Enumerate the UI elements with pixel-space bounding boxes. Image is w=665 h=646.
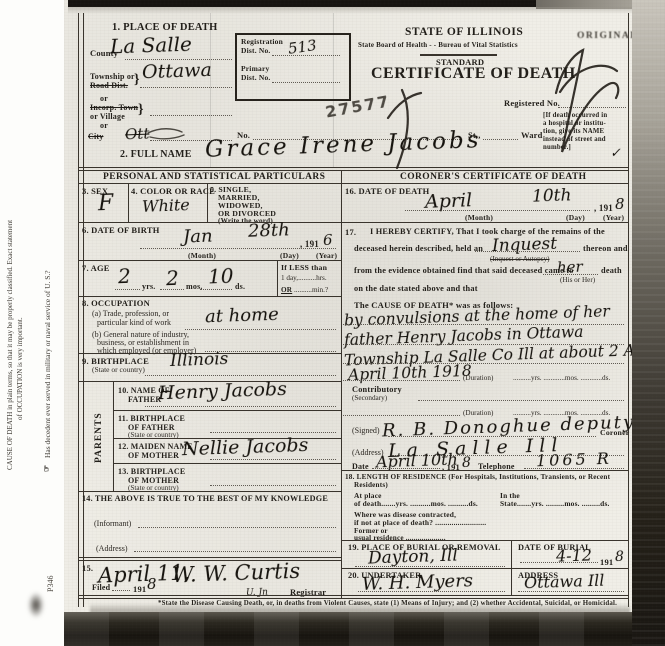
- dotted-line: [520, 562, 598, 563]
- informant-label: (Informant): [94, 519, 131, 528]
- mother-birthplace-label: 13. BIRTHPLACE: [118, 467, 185, 476]
- brace-glyph: }: [138, 102, 144, 118]
- check-mark: ✓: [610, 146, 621, 161]
- father-birthplace-label: 11. BIRTHPLACE: [118, 414, 185, 423]
- dotted-line: [372, 468, 440, 469]
- certify-line-1: I HEREBY CERTIFY, That I took charge of …: [370, 227, 605, 236]
- dotted-line: [475, 251, 580, 252]
- form-left-border-outer: [78, 13, 79, 607]
- age-months-value: 2: [166, 266, 180, 290]
- month-sublabel: (Month): [465, 213, 493, 222]
- dotted-line: [185, 329, 336, 330]
- contributory-label: Contributory: [352, 385, 402, 394]
- hospital-note-line: [If death occurred in: [543, 112, 607, 119]
- hospital-note-line: a hospital or institu-: [543, 120, 606, 127]
- occupation-label: 8. OCCUPATION: [82, 298, 150, 308]
- father-name-value: Henry Jacobs: [158, 378, 288, 404]
- form-line: [78, 222, 628, 223]
- dotted-line: [343, 415, 460, 416]
- form-line: [78, 595, 628, 596]
- cell-divider: [128, 183, 129, 222]
- registration-label: Registration: [241, 37, 283, 46]
- year-sublabel: (Year): [316, 251, 337, 260]
- birthplace-value: Illinois: [170, 349, 229, 371]
- dotted-line: [145, 406, 336, 407]
- death-day-value: 10th: [532, 185, 572, 206]
- primary-label: Primary: [241, 64, 269, 73]
- incorp-town-label: Incorp. Town: [90, 103, 138, 112]
- at-place-units: of death.......yrs. ..........mos. .....…: [354, 499, 478, 508]
- age-days-value: 10: [208, 264, 234, 289]
- dotted-line: [405, 210, 590, 211]
- duration-label: (Duration): [463, 374, 493, 382]
- signed-date-year-digit: 8: [462, 455, 471, 471]
- cell-divider: [113, 381, 114, 491]
- right-section-title: CORONER'S CERTIFICATE OF DEATH: [400, 172, 586, 182]
- registration-dist-no-label: Dist. No.: [241, 46, 271, 55]
- full-name-label: 2. FULL NAME: [120, 149, 192, 160]
- margin-p-mark: P346: [46, 576, 55, 592]
- coroner-label: Coroner: [600, 428, 629, 437]
- dotted-line: [210, 485, 336, 486]
- dotted-line: [150, 115, 232, 116]
- scan-bottom-black-band: [64, 612, 665, 646]
- if-less-label: If LESS than: [281, 263, 327, 272]
- duration-units: ..........yrs. ............mos. ........…: [513, 374, 610, 382]
- race-value: White: [142, 195, 190, 216]
- dotted-line: [483, 139, 518, 140]
- cell-divider: [277, 260, 278, 296]
- occupation-a-value: at home: [205, 304, 280, 328]
- truth-statement: 14. THE ABOVE IS TRUE TO THE BEST OF MY …: [82, 494, 328, 503]
- his-or-her-sublabel: (His or Her): [560, 276, 595, 284]
- sex-value: F: [98, 191, 114, 217]
- dotted-line: [140, 87, 232, 88]
- form-left-border-inner: [83, 13, 84, 607]
- dotted-line: [272, 82, 340, 83]
- occupation-a-label-2: particular kind of work: [97, 318, 171, 327]
- mother-maiden-name-label-2: OF MOTHER: [128, 451, 179, 460]
- burial-year-digit: 8: [615, 549, 624, 565]
- margin-note-cause-of-death: CAUSE OF DEATH in plain terms, so that i…: [6, 220, 14, 470]
- or-village-label: or Village: [90, 112, 125, 121]
- brace-glyph: }: [134, 72, 140, 88]
- dob-label: 6. DATE OF BIRTH: [82, 225, 160, 235]
- age-years-value: 2: [118, 264, 132, 288]
- form-line: [78, 560, 341, 561]
- min-label: ..........min.?: [294, 286, 328, 294]
- dotted-line: [115, 289, 140, 290]
- dotted-line: [558, 107, 626, 108]
- form-line: [78, 557, 341, 558]
- form-line: [78, 296, 341, 297]
- dotted-line: [138, 527, 336, 528]
- form-line: [341, 568, 628, 569]
- undertaker-address-value: Ottawa Ill: [524, 571, 605, 593]
- center-divider: [341, 170, 342, 598]
- form-line: [78, 170, 628, 171]
- death-year-printed: , 191: [594, 203, 613, 213]
- form-right-border: [628, 13, 629, 607]
- margin-note-military-service: Has decedent ever served in military or …: [43, 270, 52, 458]
- filed-section-number: 15.: [82, 563, 93, 573]
- or-label: or: [100, 94, 108, 103]
- one-day-label: 1 day,..........hrs.: [281, 274, 327, 282]
- dob-month-value: Jan: [183, 225, 213, 247]
- township-label-2: Road Dist.: [90, 81, 128, 90]
- dotted-line: [210, 459, 336, 460]
- or-label: or: [100, 121, 108, 130]
- age-years-unit: yrs.: [142, 282, 155, 291]
- year-sublabel: (Year): [603, 213, 624, 222]
- death-certificate-scan: 1. PLACE OF DEATH County La Salle Townsh…: [0, 0, 665, 646]
- hospital-note-line: instead of street and: [543, 136, 606, 143]
- filed-year-digit: 8: [147, 575, 157, 593]
- parents-label: PARENTS: [94, 412, 104, 463]
- residence-label: 18. LENGTH OF RESIDENCE (For Hospitals, …: [345, 473, 610, 481]
- dotted-line: [140, 248, 336, 249]
- dotted-line: [160, 289, 184, 290]
- ink-blot: [28, 592, 44, 618]
- race-label: 4. COLOR OR RACE: [131, 186, 215, 196]
- board-subtitle: State Board of Health - - Bureau of Vita…: [358, 41, 518, 49]
- certify-line-3b: death: [601, 266, 622, 275]
- registered-no-label: Registered No.: [504, 98, 560, 108]
- form-line: [78, 491, 341, 492]
- dotted-line: [343, 380, 460, 381]
- day-sublabel: (Day): [566, 213, 585, 222]
- age-label: 7. AGE: [82, 263, 110, 273]
- form-line: [113, 410, 341, 411]
- certify-line-4: on the date stated above and that: [354, 284, 478, 293]
- form-line: [113, 463, 341, 464]
- dotted-line: [210, 432, 336, 433]
- birthplace-sublabel: (State or country): [92, 365, 145, 374]
- form-line: [341, 470, 628, 471]
- header-rule: [420, 54, 497, 56]
- state-units: State.......yrs. .........mos. .........…: [500, 499, 610, 508]
- inquest-value: Inquest: [492, 234, 558, 256]
- form-line: [341, 540, 628, 541]
- form-line: [78, 598, 628, 599]
- township-label-1: Township or: [90, 72, 135, 81]
- scan-top-black-bar: [68, 0, 536, 7]
- age-days-unit: ds.: [235, 282, 245, 291]
- dotted-line: [524, 468, 624, 469]
- hospital-note-line: number.]: [543, 144, 571, 151]
- ward-label: Ward: [521, 130, 543, 140]
- registrar-signature: W. W. Curtis: [172, 559, 301, 587]
- form-line: [78, 260, 341, 261]
- city-value: Ott: [125, 125, 150, 144]
- dotted-line: [112, 590, 130, 591]
- day-sublabel: (Day): [280, 251, 299, 260]
- dotted-line: [200, 289, 232, 290]
- dotted-line: [358, 591, 505, 592]
- father-name-label-2: FATHER: [128, 395, 161, 404]
- death-year-digit: 8: [615, 195, 625, 213]
- mother-maiden-name-value: Nellie Jacobs: [182, 434, 309, 460]
- certify-section-number: 17.: [345, 227, 356, 237]
- certify-line-2b: thereon and: [583, 244, 628, 253]
- registrar-deputy-initials: U. Jn: [246, 588, 268, 599]
- scan-right-dark-band: [632, 0, 665, 646]
- filed-year-printed: 191: [133, 584, 146, 594]
- occupation-a-label: (a) Trade, profession, or: [92, 309, 169, 318]
- burial-year-printed: 191: [600, 557, 613, 567]
- township-value: Ottawa: [142, 59, 212, 83]
- county-value: La Salle: [110, 32, 193, 59]
- secondary-sublabel: (Secondary): [352, 394, 387, 402]
- month-sublabel: (Month): [188, 251, 216, 260]
- certificate-title: CERTIFICATE OF DEATH: [371, 65, 576, 83]
- dotted-line: [418, 400, 624, 401]
- margin-note-occupation: of OCCUPATION is very important.: [16, 317, 24, 420]
- date-of-death-label: 16. DATE OF DEATH: [345, 186, 429, 196]
- informant-address-label: (Address): [96, 544, 128, 553]
- original-stamp: ORIGINAL: [577, 31, 638, 41]
- state-title: STATE OF ILLINOIS: [405, 26, 523, 38]
- scan-top-fade: [68, 7, 665, 14]
- signed-label: (Signed): [352, 426, 380, 435]
- form-line: [78, 183, 628, 184]
- form-line: [78, 167, 628, 168]
- certify-line-3: from the evidence obtained find that sai…: [354, 266, 574, 275]
- primary-dist-no-label: Dist. No.: [241, 73, 271, 82]
- city-label: City: [88, 132, 103, 141]
- dotted-line: [518, 591, 624, 592]
- residence-label-2: Residents): [354, 481, 388, 489]
- hospital-note-line: tion, give its NAME: [543, 128, 604, 135]
- place-of-death-title: 1. PLACE OF DEATH: [112, 22, 218, 33]
- dotted-line: [145, 375, 336, 376]
- left-section-title: PERSONAL AND STATISTICAL PARTICULARS: [103, 172, 325, 182]
- dob-year-digit: 6: [323, 231, 333, 249]
- pointing-hand-icon: ☞: [42, 465, 51, 472]
- dotted-line: [355, 566, 505, 567]
- or-label: OR: [281, 286, 292, 294]
- certify-line-2: deceased herein described, held an: [354, 244, 483, 253]
- dotted-line: [134, 551, 336, 552]
- inquest-or-autopsy-sublabel: (Inquest or Autopsy): [490, 255, 550, 263]
- dotted-line: [543, 274, 598, 275]
- where-contracted-label-2: if not at place of death? ..............…: [354, 518, 486, 527]
- dob-day-value: 28th: [248, 219, 290, 241]
